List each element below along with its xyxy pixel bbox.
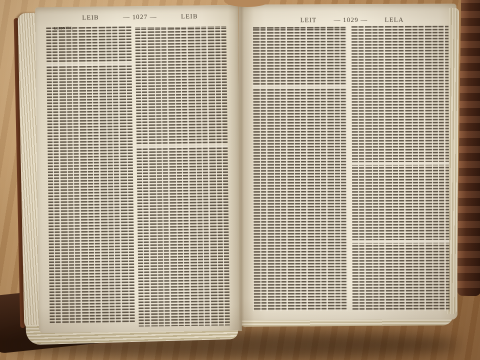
- right-page-running-head: LEIT — 1029 — LELA: [272, 17, 432, 25]
- paragraph-gap: [352, 162, 449, 165]
- text-column-right-1: [253, 27, 348, 311]
- paragraph-gap: [352, 240, 449, 243]
- running-head-word: LELA: [385, 17, 404, 24]
- open-book-photo: LEIB — 1027 — LEIB LEIT — 1029 — LELA LE…: [0, 0, 480, 360]
- book-gutter-shadow: [228, 4, 254, 330]
- running-head-word: LEIB: [181, 13, 198, 20]
- page-number: — 1029 —: [334, 17, 368, 24]
- book-cover-right-edge: [457, 0, 480, 296]
- running-head-word: LEIT: [300, 17, 317, 24]
- text-column-right-2: [352, 26, 450, 311]
- paragraph-gap: [47, 62, 132, 66]
- paragraph-gap: [137, 144, 228, 148]
- page-number: — 1027 —: [123, 14, 157, 21]
- paragraph-gap: [253, 85, 347, 88]
- entry-headword: LEIBNITZ,: [54, 27, 73, 31]
- text-column-left-1: [46, 26, 135, 323]
- running-head-word: LEIB: [82, 15, 99, 22]
- text-column-left-2: [135, 26, 230, 326]
